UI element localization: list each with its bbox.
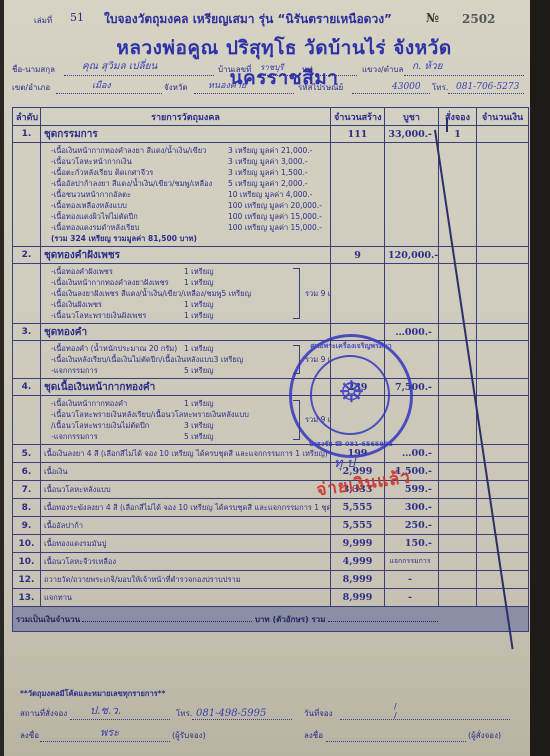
footer-phone-field[interactable]: 081-498-5995 bbox=[196, 708, 266, 719]
stamp-inner-ring: ☸ bbox=[310, 355, 390, 435]
form-subtitle: ใบจองวัตถุมงคล เหรียญเสมา รุ่น “นิรันตรา… bbox=[104, 10, 392, 29]
table-row-group-4: 4. ชุดเนื้อเงินหน้ากากทองคำ 239 7,500.- bbox=[13, 379, 529, 396]
row-number: 12. bbox=[13, 571, 41, 589]
row-number: 13. bbox=[13, 589, 41, 607]
subdistrict-line bbox=[404, 75, 524, 76]
orderer-sign-label: ลงชื่อ bbox=[304, 729, 323, 742]
row-number: 6. bbox=[13, 463, 41, 481]
list-item: -เนื้อทองคำฝังเพชร1 เหรียญ bbox=[51, 266, 324, 277]
col-header-ordered: สั่งจอง bbox=[439, 108, 477, 126]
shop-stamp: ศูนย์พระเครื่องเจริญพรสีมา ☸ ปักธงชัย ☎ … bbox=[289, 334, 413, 458]
list-item: -เนื้อทองแดงรมดำหลังเรียบ100 เหรียญ มูลค… bbox=[51, 222, 324, 233]
serial-label: № bbox=[426, 11, 439, 25]
book-number: 51 bbox=[70, 11, 84, 24]
receiver-signature[interactable]: พระ bbox=[100, 723, 119, 741]
amount-field[interactable] bbox=[477, 247, 529, 264]
table-row: 5. เนื้อเงินลงยา 4 สี (เลือกสีไม่ได้ จอง… bbox=[13, 445, 529, 463]
ordered-field[interactable] bbox=[439, 499, 477, 517]
item-name: เนื้ออัลปาก้า bbox=[41, 517, 331, 535]
list-item: -เนื้อนวโลหะพรายเงินหลังเรียบ/เนื้อนวโลห… bbox=[51, 409, 324, 420]
list-item: -เนื้อชนวนหน้ากากอัลตะ10 เหรียญ มูลค่า 4… bbox=[51, 189, 324, 200]
ordered-field[interactable] bbox=[439, 445, 477, 463]
table-row: 7. เนื้อนวโลหะหลังแบบ 3,333 599.- bbox=[13, 481, 529, 499]
postcode-field[interactable]: 43000 bbox=[392, 82, 421, 92]
form-header: เล่มที่ 51 ใบจองวัตถุมงคล เหรียญเสมา รุ่… bbox=[24, 10, 529, 30]
total-amount-field[interactable] bbox=[82, 621, 252, 622]
group-summary: (รวม 324 เหรียญ รวมมูลค่า 81,500 บาท) bbox=[51, 233, 324, 244]
total-label: รวมเป็นเงินจำนวน bbox=[16, 615, 80, 624]
list-item: -แจกกรรมการ5 เหรียญ bbox=[51, 365, 324, 376]
total-words-label: บาท (ตัวอักษร) รวม bbox=[255, 615, 326, 624]
moo-label: หมู่ bbox=[302, 63, 313, 76]
table-row-group-1: 1. ชุดกรรมการ 111 33,000.- 1 bbox=[13, 126, 529, 143]
amount-field[interactable] bbox=[477, 499, 529, 517]
place-line bbox=[70, 719, 170, 720]
amount-field[interactable] bbox=[477, 324, 529, 341]
order-table: ลำดับ รายการวัตถุมงคล จำนวนสร้าง บูชา สั… bbox=[12, 107, 529, 632]
name-field[interactable]: คุณ สุวิมล เปลี่ยน bbox=[82, 59, 157, 74]
item-name: เนื้อทองแดงรมมันปู bbox=[41, 535, 331, 553]
item-name: เนื้อเงิน bbox=[41, 463, 331, 481]
group-2-item-list: -เนื้อทองคำฝังเพชร1 เหรียญ -เนื้อเงินหน้… bbox=[41, 264, 331, 324]
ordered-field[interactable] bbox=[439, 463, 477, 481]
subdistrict-label: แขวง/ตำบล bbox=[362, 63, 403, 76]
group-name: ชุดเนื้อเงินหน้ากากทองคำ bbox=[41, 379, 331, 396]
item-name: เนื้อนวโลหะจีวรเหลือง bbox=[41, 553, 331, 571]
group-3-items: -เนื้อทองคำ (น้ำหนักประมาณ 20 กรัม)1 เหร… bbox=[13, 341, 529, 379]
list-item: /เนื้อนวโลหะพรายเงินไม่ตัดปีก3 เหรียญ bbox=[51, 420, 324, 431]
list-item: -เนื้อนวโลหะหน้ากากเงิน3 เหรียญ มูลค่า 3… bbox=[51, 156, 324, 167]
row-number: 1. bbox=[13, 126, 41, 143]
subdistrict-field[interactable]: ก. ห้วย bbox=[412, 59, 442, 74]
list-item: -เนื้อนวโลหะพรายเงินฝังเพชร1 เหรียญ bbox=[51, 310, 324, 321]
list-item: -เนื้อเงินฝังเพชร1 เหรียญ bbox=[51, 299, 324, 310]
amount-field[interactable] bbox=[477, 379, 529, 396]
orderer-role: (ผู้สั่งจอง) bbox=[468, 729, 501, 742]
phone-line bbox=[448, 93, 524, 94]
qty-cell: 9 bbox=[331, 247, 385, 264]
ordered-field[interactable] bbox=[439, 553, 477, 571]
place-row: สถานที่สั่งจอง ป.ช.ว. โทร. 081-498-5995 bbox=[20, 706, 290, 722]
row-number: 9. bbox=[13, 517, 41, 535]
row-number: 10. bbox=[13, 553, 41, 571]
table-row: 10. เนื้อนวโลหะจีวรเหลือง 4,999 แจกกรรมก… bbox=[13, 553, 529, 571]
receiver-role: (ผู้รับจอง) bbox=[172, 729, 206, 742]
province-field[interactable]: หนองคาย bbox=[208, 78, 246, 92]
table-row: 12. ถวายวัด/ถวายพระเกจิ/มอบให้เจ้าหน้าที… bbox=[13, 571, 529, 589]
qty-cell: 5,555 bbox=[331, 499, 385, 517]
bracket-total: รวม 9 เหรียญ bbox=[305, 288, 331, 300]
group-1-item-list: -เนื้อเงินหน้ากากทองคำลงยา สีแดง/น้ำเงิน… bbox=[41, 143, 331, 247]
list-item: -เนื้อเงินหน้ากากทองคำ1 เหรียญ bbox=[51, 398, 324, 409]
list-item: -แจกกรรมการ5 เหรียญ bbox=[51, 431, 324, 442]
ordered-field[interactable] bbox=[439, 589, 477, 607]
book-label: เล่มที่ bbox=[34, 14, 52, 27]
list-item: -เนื้อทองเหลืองหลังแบบ100 เหรียญ มูลค่า … bbox=[51, 200, 324, 211]
place-field[interactable]: ป.ช.ว. bbox=[90, 701, 121, 719]
ordered-field[interactable] bbox=[439, 481, 477, 499]
ordered-field[interactable] bbox=[439, 247, 477, 264]
row-number: 8. bbox=[13, 499, 41, 517]
qty-cell: 9,999 bbox=[331, 535, 385, 553]
row-number: 2. bbox=[13, 247, 41, 264]
col-header-price: บูชา bbox=[385, 108, 439, 126]
group-name: ชุดกรรมการ bbox=[41, 126, 331, 143]
qty-cell: 8,999 bbox=[331, 571, 385, 589]
table-row-group-3: 3. ชุดทองคำ …000.- bbox=[13, 324, 529, 341]
price-cell: 120,000.- bbox=[385, 247, 439, 264]
stamp-name: ศูนย์พระเครื่องเจริญพรสีมา bbox=[292, 341, 410, 352]
price-cell: …000.- bbox=[385, 324, 439, 341]
ordered-field[interactable]: 1 bbox=[439, 126, 477, 143]
group-2-items: -เนื้อทองคำฝังเพชร1 เหรียญ -เนื้อเงินหน้… bbox=[13, 264, 529, 324]
ordered-field[interactable] bbox=[439, 517, 477, 535]
list-item: -เนื้อทองแดงผิวไฟไม่ตัดปีก100 เหรียญ มูล… bbox=[51, 211, 324, 222]
amount-field[interactable] bbox=[477, 126, 529, 143]
col-header-no: ลำดับ bbox=[13, 108, 41, 126]
table-row: 9. เนื้ออัลปาก้า 5,555 250.- bbox=[13, 517, 529, 535]
province-label: จังหวัด bbox=[164, 81, 188, 94]
check-mark bbox=[446, 118, 448, 132]
row-number: 7. bbox=[13, 481, 41, 499]
orderer-sign-row: ลงชื่อ (ผู้สั่งจอง) bbox=[304, 728, 514, 744]
footer-phone-label: โทร. bbox=[176, 707, 192, 720]
ordered-field[interactable] bbox=[439, 396, 477, 445]
item-name: เนื้อนวโลหะหลังแบบ bbox=[41, 481, 331, 499]
ordered-field[interactable] bbox=[439, 571, 477, 589]
table-row: 8. เนื้อทองระฆังลงยา 4 สี (เลือกสีไม่ได้… bbox=[13, 499, 529, 517]
amount-field[interactable] bbox=[477, 264, 529, 324]
item-name: เนื้อเงินลงยา 4 สี (เลือกสีไม่ได้ จอง 10… bbox=[41, 445, 331, 463]
date-label: วันที่จอง bbox=[304, 707, 333, 720]
total-words-field[interactable] bbox=[328, 621, 438, 622]
qty-cell: 5,555 bbox=[331, 517, 385, 535]
group-4-item-list: -เนื้อเงินหน้ากากทองคำ1 เหรียญ -เนื้อนวโ… bbox=[41, 396, 331, 445]
date-field[interactable]: / / bbox=[394, 702, 514, 720]
amount-field[interactable] bbox=[477, 481, 529, 499]
item-name: ถวายวัด/ถวายพระเกจิ/มอบให้เจ้าหน้าที่ตำร… bbox=[41, 571, 331, 589]
group-name: ชุดทองคำ bbox=[41, 324, 331, 341]
group-name: ชุดทองคำฝังเพชร bbox=[41, 247, 331, 264]
amount-field[interactable] bbox=[477, 396, 529, 445]
province-line bbox=[194, 93, 294, 94]
qty-cell: 4,999 bbox=[331, 553, 385, 571]
ordered-field[interactable] bbox=[439, 535, 477, 553]
row-number: 3. bbox=[13, 324, 41, 341]
list-item: -เนื้อเงินหน้ากากทองคำลงยา สีแดง/น้ำเงิน… bbox=[51, 145, 324, 156]
price-cell: 250.- bbox=[385, 517, 439, 535]
price-cell: แจกกรรมการ bbox=[385, 553, 439, 571]
amount-field[interactable] bbox=[477, 517, 529, 535]
amount-field[interactable] bbox=[477, 553, 529, 571]
table-row: 13. แจกทาน 8,999 - bbox=[13, 589, 529, 607]
amount-field[interactable] bbox=[477, 341, 529, 379]
date-row: วันที่จอง / / bbox=[304, 706, 514, 722]
amount-field[interactable] bbox=[477, 143, 529, 247]
district-label: เขต/อำเภอ bbox=[12, 81, 50, 94]
list-item: -เนื้อทองคำ (น้ำหนักประมาณ 20 กรัม)1 เหร… bbox=[51, 343, 324, 354]
table-header-row: ลำดับ รายการวัตถุมงคล จำนวนสร้าง บูชา สั… bbox=[13, 108, 529, 126]
phone-field[interactable]: 081-706-5273 bbox=[456, 82, 519, 92]
moo-line bbox=[317, 75, 357, 76]
place-label: สถานที่สั่งจอง bbox=[20, 707, 67, 720]
table-row: 10. เนื้อทองแดงรมมันปู 9,999 150.- bbox=[13, 535, 529, 553]
group-4-items: -เนื้อเงินหน้ากากทองคำ1 เหรียญ -เนื้อนวโ… bbox=[13, 396, 529, 445]
receiver-sign-row: ลงชื่อ พระ (ผู้รับจอง) bbox=[20, 728, 220, 744]
house-field[interactable]: ราชบุรี bbox=[260, 61, 284, 74]
item-name: เนื้อทองระฆังลงยา 4 สี (เลือกสีไม่ได้ จอ… bbox=[41, 499, 331, 517]
col-header-item: รายการวัตถุมงคล bbox=[41, 108, 331, 126]
customer-row-2: เขต/อำเภอ เมือง จังหวัด หนองคาย รหัสไปรษ… bbox=[12, 80, 524, 96]
list-item: -เนื้อเงินหลังเรียบ/เนื้อเงินไม่ตัดปีก/เ… bbox=[51, 354, 324, 365]
qty-cell: 111 bbox=[331, 126, 385, 143]
list-item: -เนื้อเงินลงยาฝังเพชร สีแดง/น้ำเงิน/เขีย… bbox=[51, 288, 324, 299]
list-item: -เนื้อตะกั่วหลังเรียบ ติดเกศาจีวร3 เหรีย… bbox=[51, 167, 324, 178]
list-item: -เนื้อเงินหน้ากากทองคำลงยาฝังเพชร1 เหรีย… bbox=[51, 277, 324, 288]
price-cell: 150.- bbox=[385, 535, 439, 553]
total-row: รวมเป็นเงินจำนวน บาท (ตัวอักษร) รวม bbox=[13, 607, 529, 632]
table-row: 6. เนื้อเงิน 2,999 1,500.- bbox=[13, 463, 529, 481]
price-cell: - bbox=[385, 571, 439, 589]
customer-row-1: ชื่อ-นามสกุล คุณ สุวิมล เปลี่ยน บ้านเลขท… bbox=[12, 62, 524, 78]
background-edge bbox=[530, 0, 550, 756]
receiver-sign-line bbox=[40, 741, 170, 742]
row-number: 5. bbox=[13, 445, 41, 463]
footer-note: **วัตถุมงคลมีโค้ดและหมายเลขทุกรายการ** bbox=[20, 688, 166, 700]
order-form-paper: เล่มที่ 51 ใบจองวัตถุมงคล เหรียญเสมา รุ่… bbox=[4, 0, 530, 756]
monk-figure-icon: ☸ bbox=[338, 375, 365, 410]
phone-label: โทร. bbox=[432, 81, 448, 94]
price-cell: 300.- bbox=[385, 499, 439, 517]
house-label: บ้านเลขที่ bbox=[218, 63, 251, 76]
district-line bbox=[56, 93, 162, 94]
col-header-amount: จำนวนเงิน bbox=[477, 108, 529, 126]
bracket bbox=[293, 268, 300, 319]
row-number: 4. bbox=[13, 379, 41, 396]
footer-phone-line bbox=[192, 719, 292, 720]
stamp-signature: ทุ ป bbox=[334, 452, 355, 473]
name-label: ชื่อ-นามสกุล bbox=[12, 63, 55, 76]
orderer-sign-line bbox=[326, 741, 466, 742]
item-name: แจกทาน bbox=[41, 589, 331, 607]
qty-cell: 8,999 bbox=[331, 589, 385, 607]
name-line bbox=[64, 75, 214, 76]
postcode-line bbox=[352, 93, 430, 94]
list-item: -เนื้ออัลปาก้าลงยา สีแดง/น้ำเงิน/เขียว/ช… bbox=[51, 178, 324, 189]
ordered-field[interactable] bbox=[439, 324, 477, 341]
col-header-qty: จำนวนสร้าง bbox=[331, 108, 385, 126]
price-cell: - bbox=[385, 589, 439, 607]
price-cell: 33,000.- bbox=[385, 126, 439, 143]
receiver-sign-label: ลงชื่อ bbox=[20, 729, 39, 742]
district-field[interactable]: เมือง bbox=[92, 78, 111, 92]
stamp-phone: ปักธงชัย ☎ 081-6565905 bbox=[292, 439, 410, 449]
house-line bbox=[260, 75, 296, 76]
group-3-item-list: -เนื้อทองคำ (น้ำหนักประมาณ 20 กรัม)1 เหร… bbox=[41, 341, 331, 379]
amount-field[interactable] bbox=[477, 535, 529, 553]
row-number: 10. bbox=[13, 535, 41, 553]
postcode-label: รหัสไปรษณีย์ bbox=[298, 81, 343, 94]
serial-number: 2502 bbox=[462, 12, 495, 26]
